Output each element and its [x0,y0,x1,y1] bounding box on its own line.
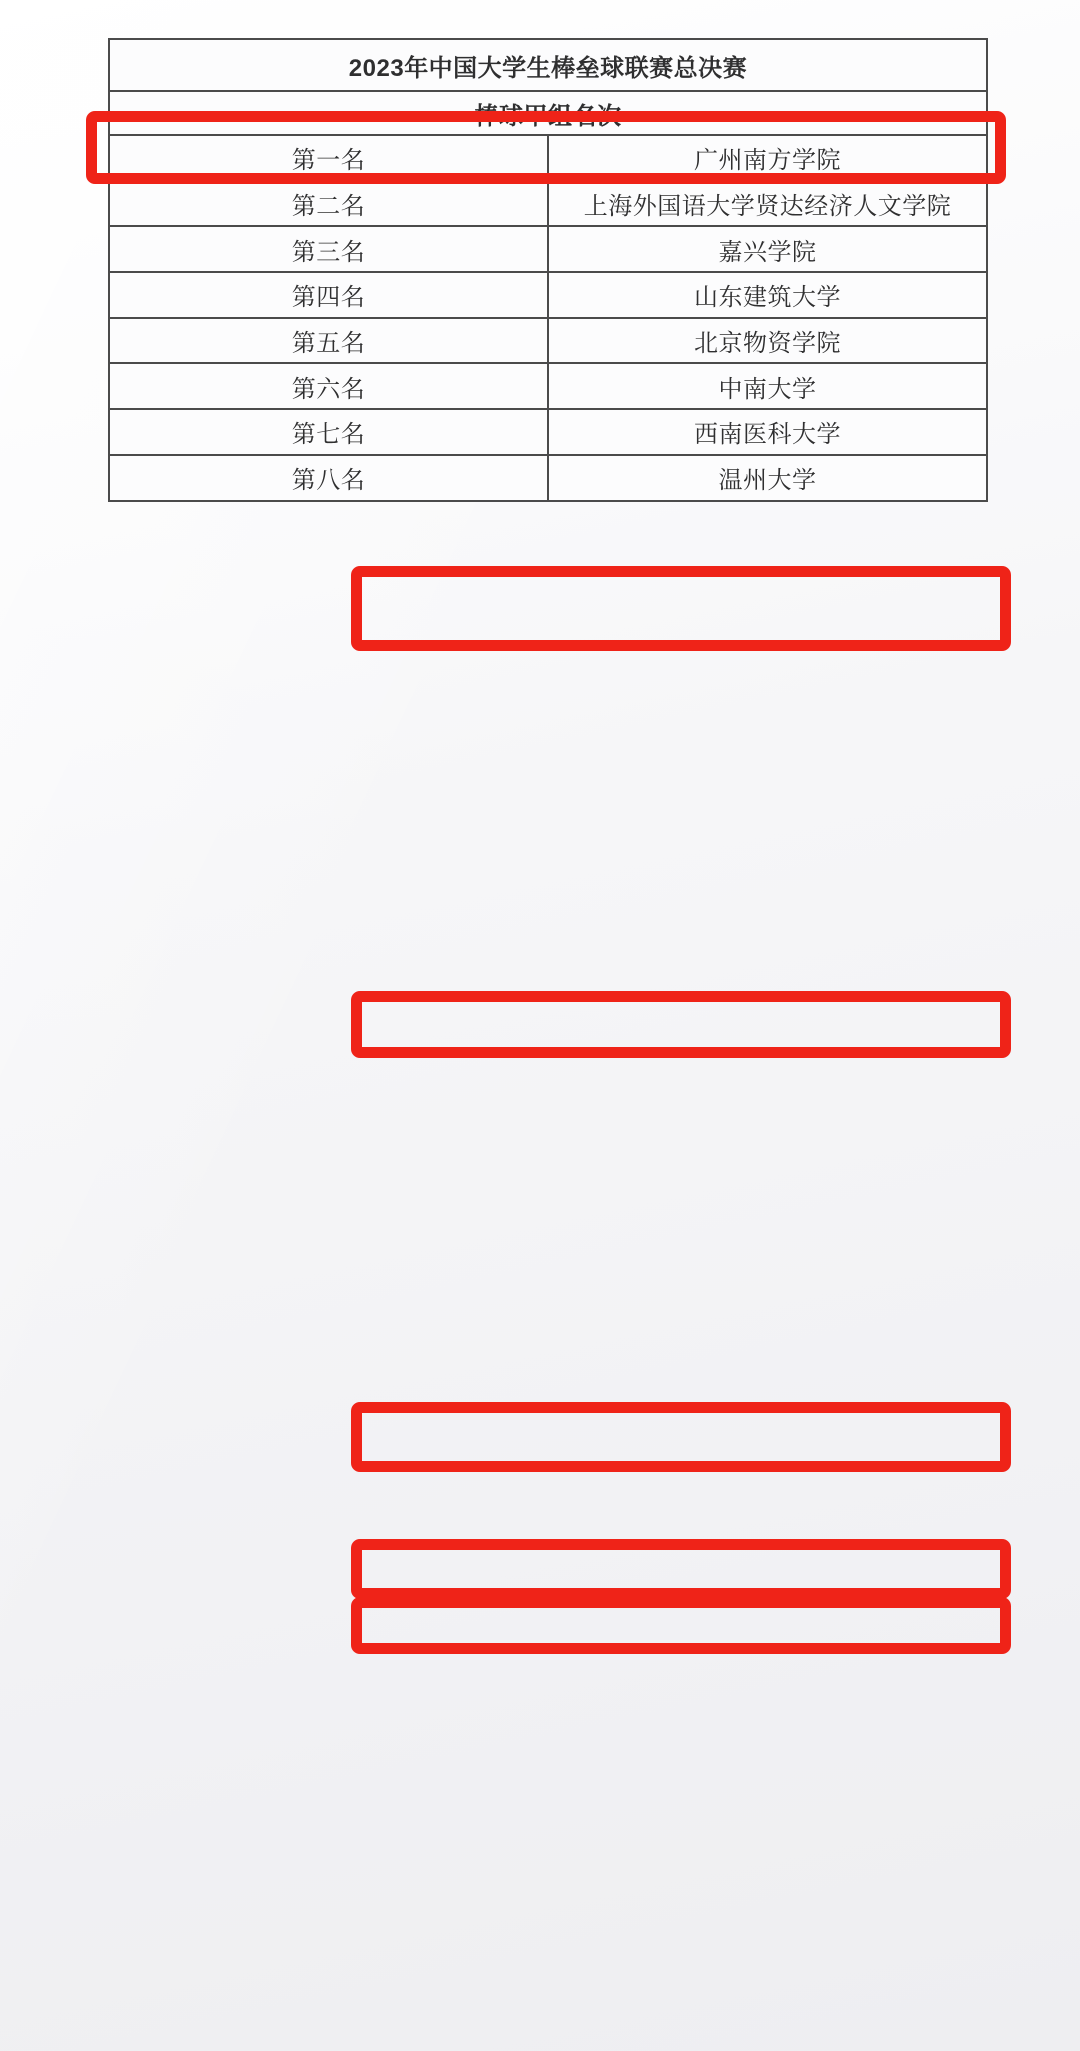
rank-label: 第三名 [109,226,548,272]
highlight-box-4 [351,1402,1011,1472]
rank-row: 第二名上海外国语大学贤达经济人文学院 [109,181,987,227]
rank-value: 山东建筑大学 [548,272,987,318]
rank-value: 上海外国语大学贤达经济人文学院 [548,181,987,227]
rank-label: 第四名 [109,272,548,318]
rank-value: 西南医科大学 [548,409,987,455]
rank-label: 第一名 [109,135,548,181]
highlight-box-5 [351,1539,1011,1599]
table-title-row: 2023年中国大学生棒垒球联赛总决赛 [109,39,987,91]
rank-value: 广州南方学院 [548,135,987,181]
rank-row: 第三名嘉兴学院 [109,226,987,272]
group-subtitle: 棒球甲组名次 [109,91,987,135]
rank-value: 中南大学 [548,363,987,409]
rank-row: 第五名北京物资学院 [109,318,987,364]
rank-row: 第七名西南医科大学 [109,409,987,455]
document-photo-background: 2023年中国大学生棒垒球联赛总决赛 棒球甲组名次 第一名广州南方学院第二名上海… [0,0,1080,2051]
rank-value: 温州大学 [548,455,987,501]
rank-row: 第八名温州大学 [109,455,987,501]
rank-row: 第四名山东建筑大学 [109,272,987,318]
highlight-box-6 [351,1597,1011,1654]
rank-label: 第五名 [109,318,548,364]
highlight-box-2 [351,566,1011,651]
rank-label: 第二名 [109,181,548,227]
highlight-box-3 [351,991,1011,1058]
rank-label: 第八名 [109,455,548,501]
document-title: 2023年中国大学生棒垒球联赛总决赛 [109,39,987,91]
rank-label: 第七名 [109,409,548,455]
rank-row: 第六名中南大学 [109,363,987,409]
rank-row: 第一名广州南方学院 [109,135,987,181]
results-table: 2023年中国大学生棒垒球联赛总决赛 棒球甲组名次 第一名广州南方学院第二名上海… [108,38,988,502]
rank-label: 第六名 [109,363,548,409]
table-subtitle-row: 棒球甲组名次 [109,91,987,135]
rank-value: 北京物资学院 [548,318,987,364]
rank-value: 嘉兴学院 [548,226,987,272]
